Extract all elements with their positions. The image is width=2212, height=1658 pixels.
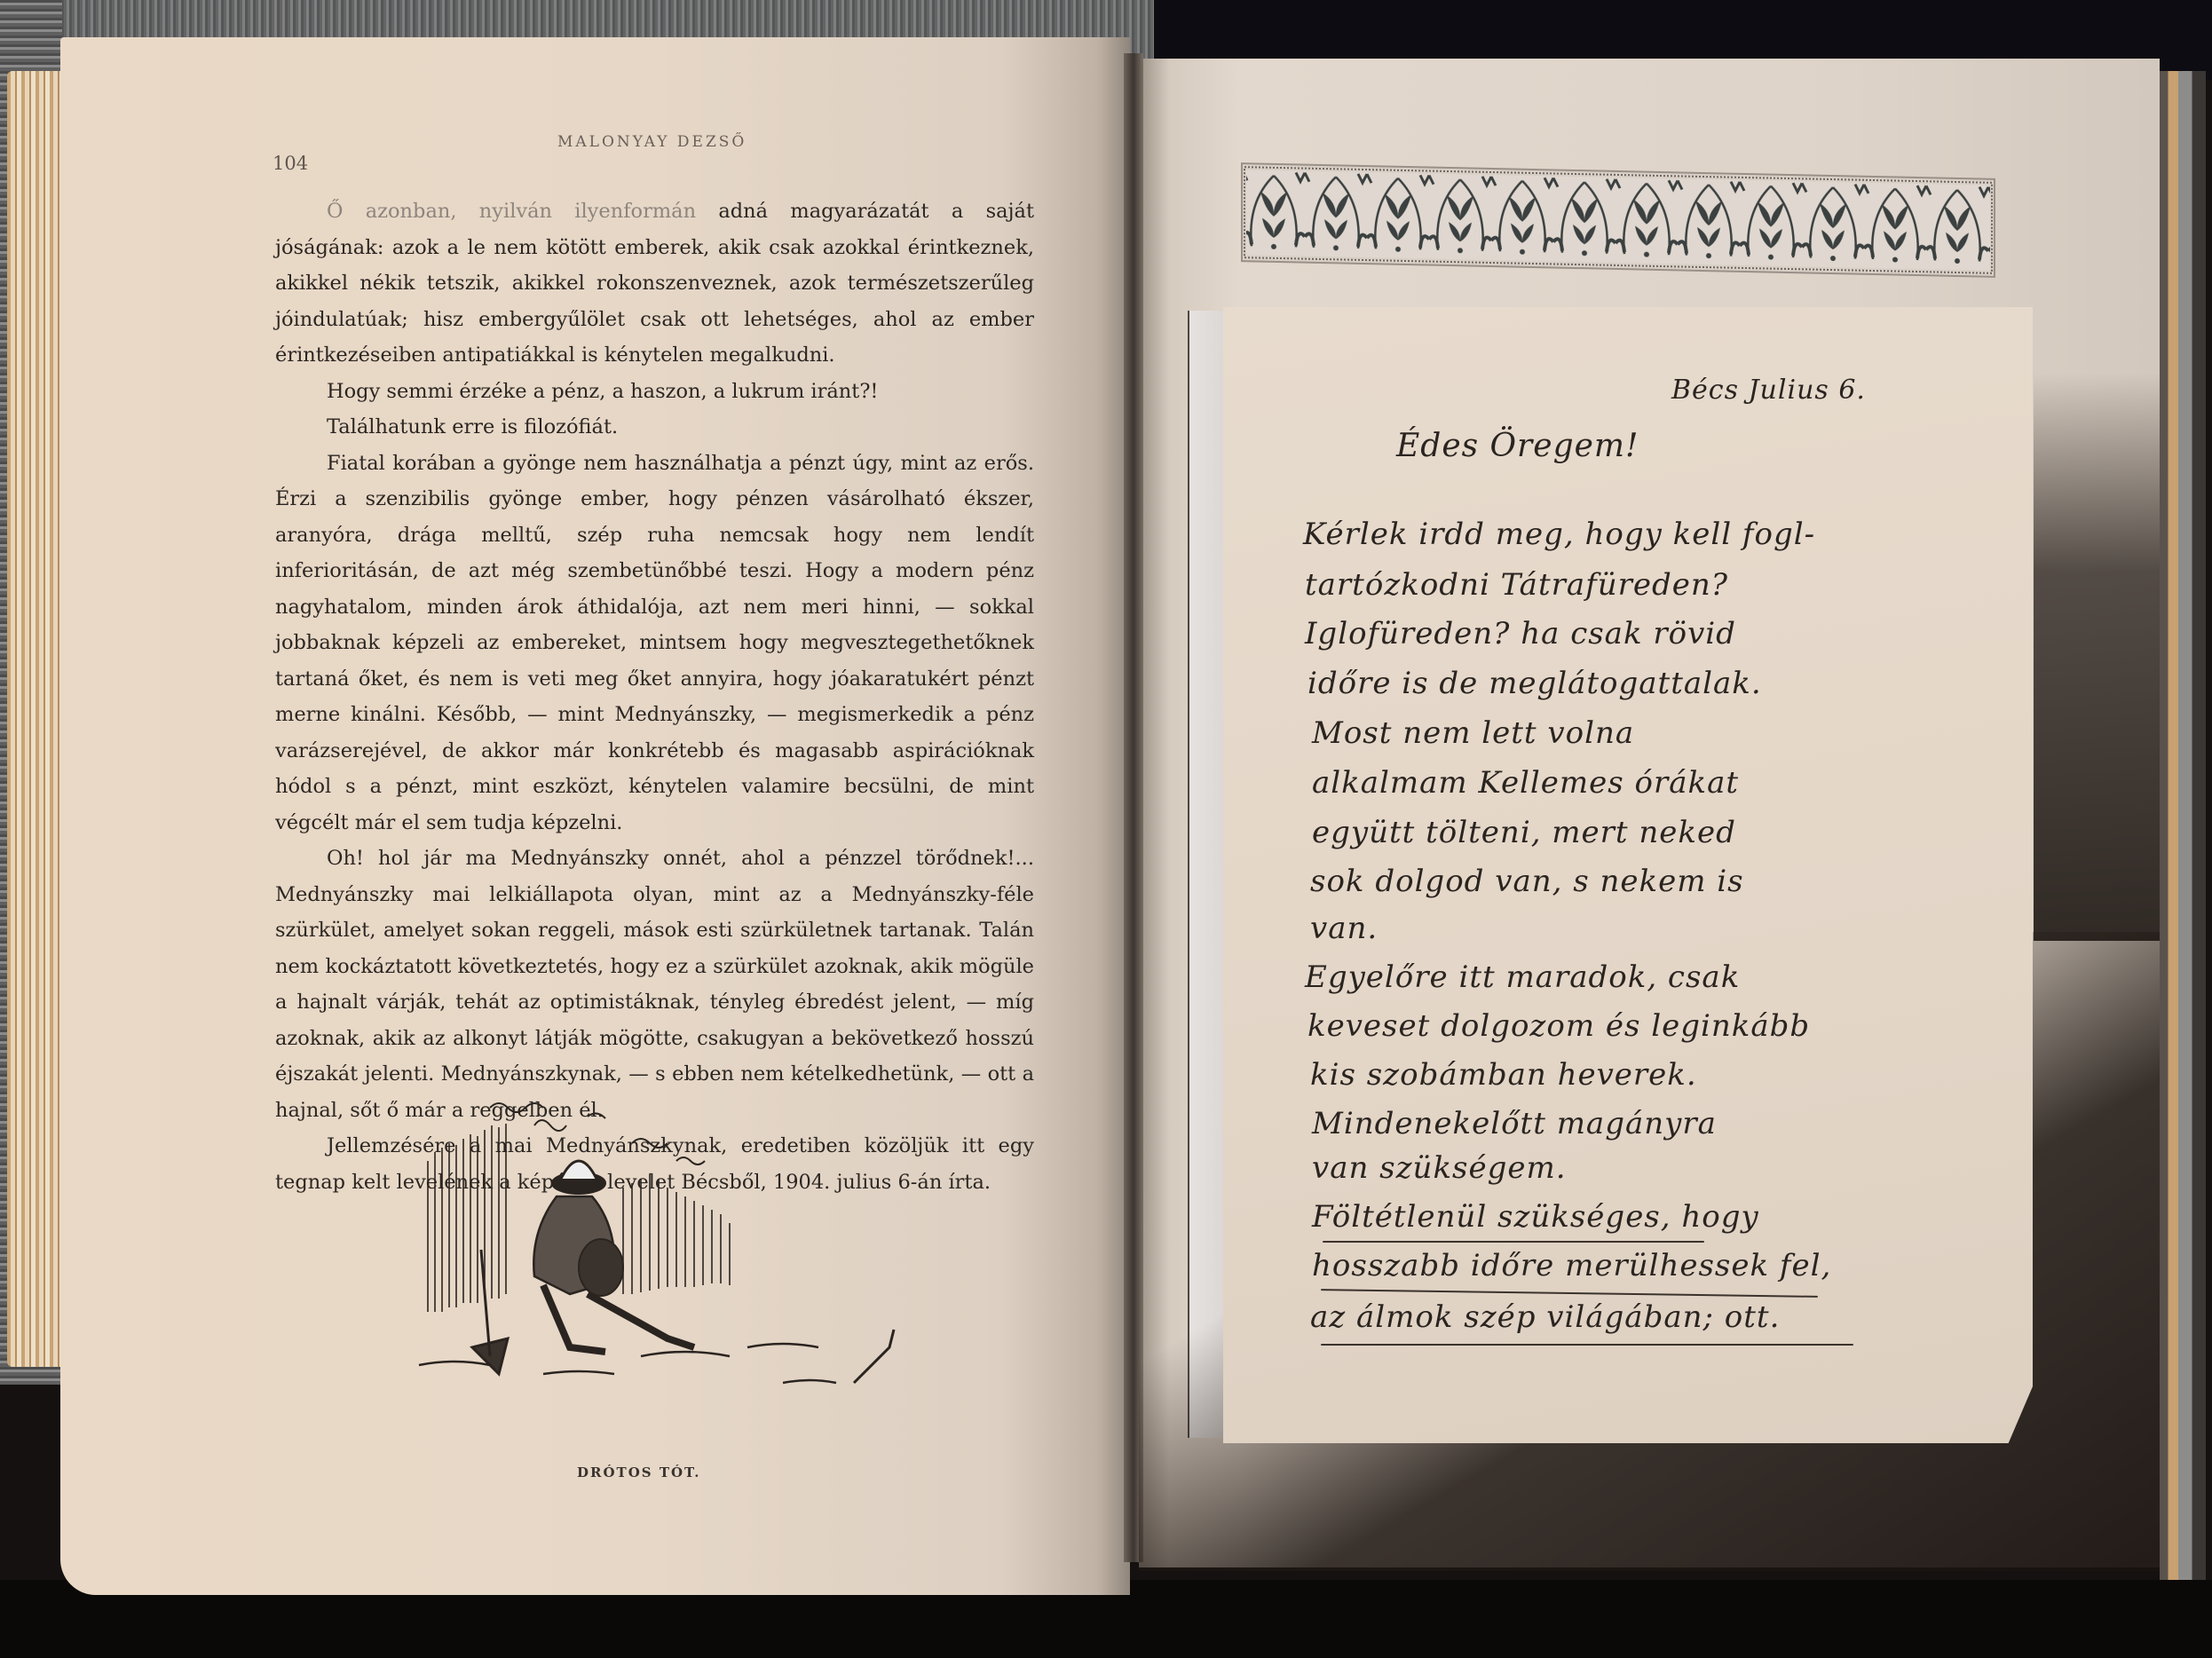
letter-line: együtt tölteni, mert neked (1312, 815, 1736, 850)
letter-line: tartózkodni Tátrafüreden? (1305, 567, 1728, 603)
letter-date: Bécs Julius 6. (1671, 375, 1866, 406)
letter-salutation: Édes Öregem! (1396, 428, 1639, 464)
underline (1323, 1241, 1704, 1243)
letter-line: Föltétlenül szükséges, hogy (1312, 1199, 1759, 1235)
letter-line: az álmok szép világában; ott. (1310, 1299, 1780, 1335)
letter-line: Mindenekelőtt magányra (1312, 1106, 1717, 1141)
letter-line: sok dolgod van, s nekem is (1310, 864, 1744, 899)
floral-ornament-icon (1241, 162, 1995, 278)
page-block-edges (7, 71, 62, 1367)
letter-line: Egyelőre itt maradok, csak (1305, 959, 1740, 995)
handwritten-letter: Bécs Julius 6. Édes Öregem! Kérlek irdd … (1223, 307, 2033, 1443)
letter-line: alkalmam Kellemes órákat (1312, 765, 1739, 801)
letter-line: van. (1310, 911, 1378, 946)
letter-line: Kérlek irdd meg, hogy kell fogl- (1303, 517, 1815, 552)
letter-line: időre is de meglátogattalak. (1307, 666, 1762, 701)
book-cover-right (2160, 71, 2206, 1580)
running-head: MALONYAY DEZSŐ (557, 133, 747, 151)
shadow (2034, 373, 2160, 941)
letter-line: Iglofüreden? ha csak rövid (1305, 616, 1736, 651)
paragraph: Ő azonban, nyilván ilyenformán adná magy… (275, 193, 1034, 374)
underline (1321, 1289, 1818, 1298)
paragraph: Oh! hol jár ma Mednyánszky onnét, ahol a… (275, 841, 1034, 1128)
illustration-caption: DRÓTOS TÓT. (577, 1465, 701, 1480)
letter-line: van szükségem. (1312, 1150, 1567, 1186)
letter-line: Most nem lett volna (1312, 715, 1634, 751)
page-number: 104 (273, 153, 308, 174)
paragraph: Fiatal korában a gyönge nem használhatja… (275, 446, 1034, 841)
body-text: Ő azonban, nyilván ilyenformán adná magy… (275, 193, 1034, 1200)
pen-drawing-seated-tinker-icon (410, 1090, 925, 1409)
letter-line: hosszabb időre merülhessek fel, (1312, 1248, 1831, 1283)
letter-line: kis szobámban heverek. (1310, 1057, 1697, 1093)
paragraph: Hogy semmi érzéke a pénz, a haszon, a lu… (275, 374, 1034, 410)
letter-line: keveset dolgozom és leginkább (1307, 1008, 1810, 1044)
underline (1321, 1344, 1853, 1346)
paragraph: Találhatunk erre is filozófiát. (275, 409, 1034, 446)
